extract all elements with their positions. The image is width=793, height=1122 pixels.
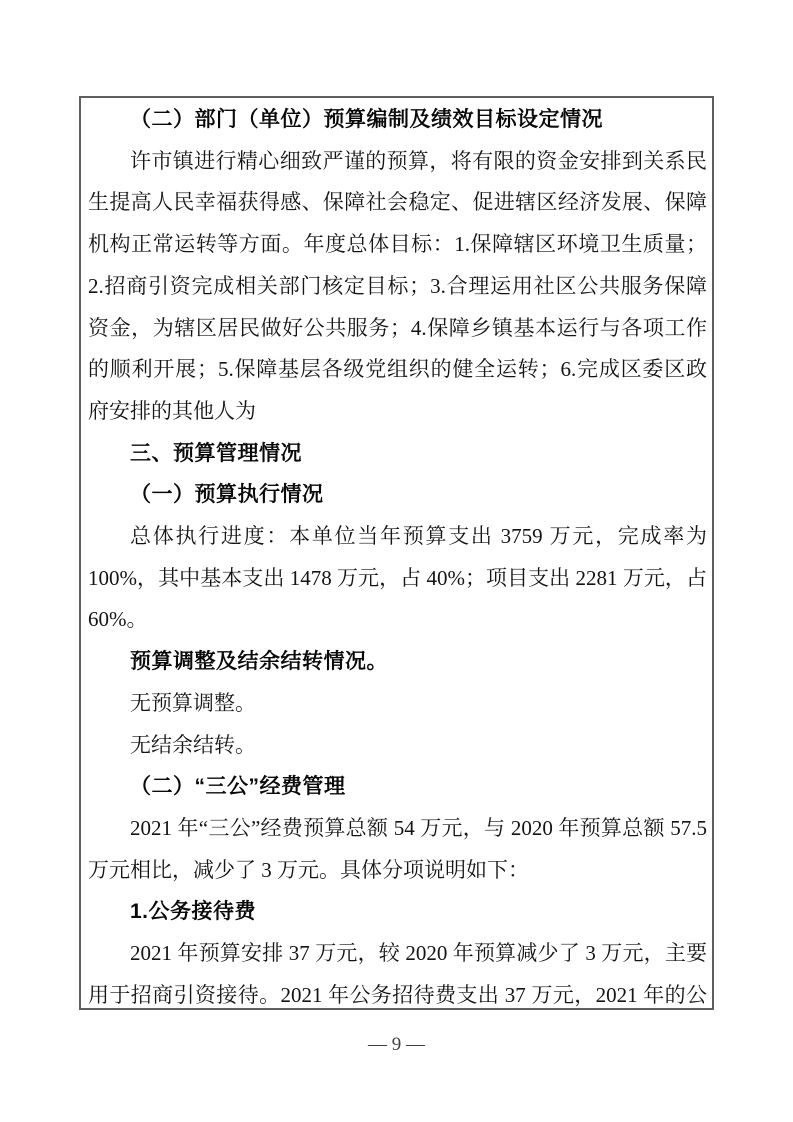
paragraph-execution-progress: 总体执行进度：本单位当年预算支出 3759 万元，完成率为 100%，其中基本支… [88,516,707,641]
paragraph-no-adjustment: 无预算调整。 [88,683,707,725]
paragraph-no-carryover: 无结余结转。 [88,725,707,767]
heading-official-reception: 1.公务接待费 [88,891,707,933]
paragraph-budget-goals: 许市镇进行精心细致严谨的预算，将有限的资金安排到关系民生提高人民幸福获得感、保障… [88,141,707,433]
paragraph-reception-details: 2021 年预算安排 37 万元，较 2020 年预算减少了 3 万元，主要用于… [88,933,707,1010]
content-border-box: （二）部门（单位）预算编制及绩效目标设定情况 许市镇进行精心细致严谨的预算，将有… [79,96,714,1010]
heading-adjustment-carryover: 预算调整及结余结转情况。 [88,641,707,683]
page-number: — 9 — [0,1031,793,1059]
heading-budget-execution: （一）预算执行情况 [88,474,707,516]
heading-budget-preparation: （二）部门（单位）预算编制及绩效目标设定情况 [88,99,707,141]
paragraph-three-public-overview: 2021 年“三公”经费预算总额 54 万元，与 2020 年预算总额 57.5… [88,808,707,891]
heading-budget-management: 三、预算管理情况 [88,433,707,475]
document-page: { "document": { "blocks": [ { "type": "h… [0,0,793,1122]
heading-three-public-funds: （二）“三公”经费管理 [88,766,707,808]
